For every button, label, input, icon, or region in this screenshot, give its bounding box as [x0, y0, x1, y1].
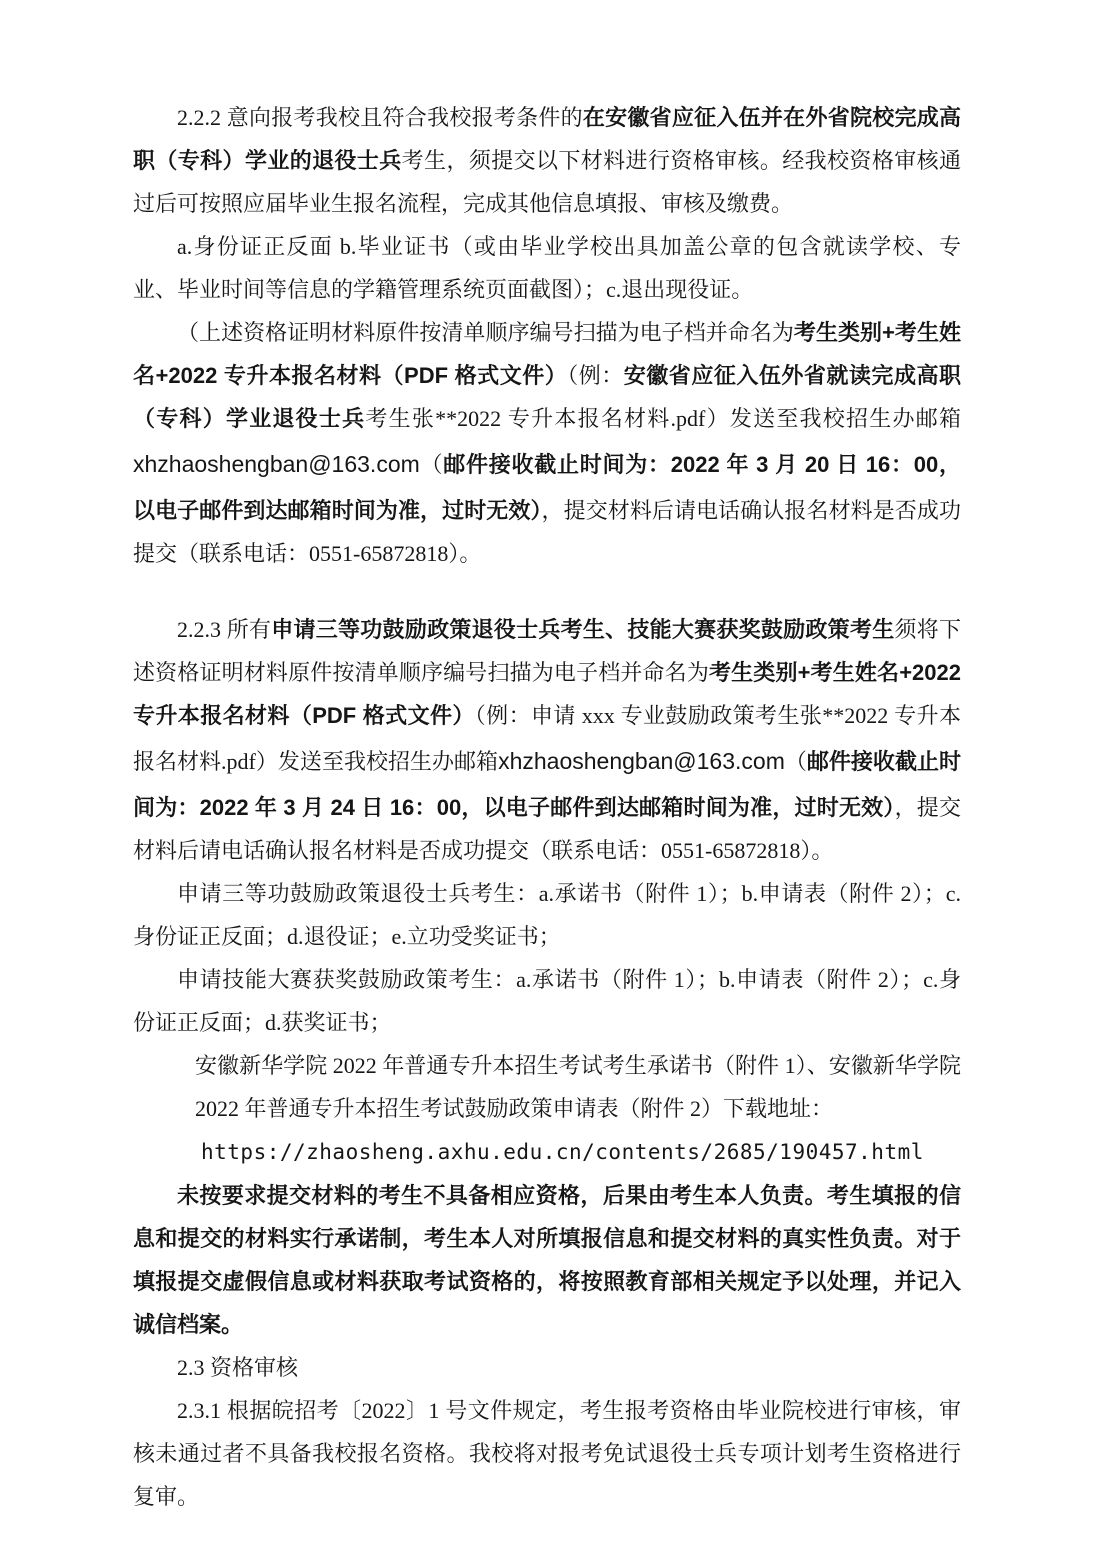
text-run: （上述资格证明材料原件按清单顺序编号扫描为电子档并命名为 — [177, 320, 794, 345]
url-text[interactable]: https://zhaosheng.axhu.edu.cn/contents/2… — [201, 1140, 924, 1164]
para-jineng-materials: 申请技能大赛获奖鼓励政策考生：a.承诺书（附件 1）；b.申请表（附件 2）；c… — [133, 958, 961, 1044]
para-2-3-1: 2.3.1 根据皖招考〔2022〕1 号文件规定，考生报考资格由毕业院校进行审核… — [133, 1389, 961, 1518]
text-run: 安徽新华学院 2022 年普通专升本招生考试考生承诺书（附件 1）、安徽新华学院… — [195, 1053, 961, 1121]
para-download-intro: 安徽新华学院 2022 年普通专升本招生考试考生承诺书（附件 1）、安徽新华学院… — [195, 1044, 961, 1130]
para-download-url: https://zhaosheng.axhu.edu.cn/contents/2… — [201, 1130, 961, 1174]
text-run: 2.3 资格审核 — [177, 1355, 298, 1380]
para-2-2-3: 2.2.3 所有申请三等功鼓励政策退役士兵考生、技能大赛获奖鼓励政策考生须将下述… — [133, 608, 961, 872]
document-body: 2.2.2 意向报考我校且符合我校报考条件的在安徽省应征入伍并在外省院校完成高职… — [133, 96, 961, 1518]
para-materials-list-222: a.身份证正反面 b.毕业证书（或由毕业学校出具加盖公章的包含就读学校、专业、毕… — [133, 225, 961, 311]
para-2-2-2: 2.2.2 意向报考我校且符合我校报考条件的在安徽省应征入伍并在外省院校完成高职… — [133, 96, 961, 225]
text-run: 申请三等功鼓励政策退役士兵考生、技能大赛获奖鼓励政策考生 — [271, 617, 894, 642]
text-run: 2.2.3 所有 — [177, 617, 271, 642]
email-text: xhzhaoshengban@163.com — [498, 748, 785, 774]
email-text: xhzhaoshengban@163.com — [133, 451, 420, 477]
para-sandengong-materials: 申请三等功鼓励政策退役士兵考生：a.承诺书（附件 1）；b.申请表（附件 2）；… — [133, 872, 961, 958]
text-run: a.身份证正反面 b.毕业证书（或由毕业学校出具加盖公章的包含就读学校、专业、毕… — [133, 234, 961, 302]
text-run: 2.2.2 意向报考我校且符合我校报考条件的 — [177, 105, 583, 130]
text-run: （例： — [567, 363, 624, 388]
para-warning: 未按要求提交材料的考生不具备相应资格，后果由考生本人负责。考生填报的信息和提交的… — [133, 1174, 961, 1346]
text-run: 考生张**2022 专升本报名材料.pdf）发送至我校招生办邮箱 — [365, 406, 961, 431]
document-page: 2.2.2 意向报考我校且符合我校报考条件的在安徽省应征入伍并在外省院校完成高职… — [0, 0, 1102, 1559]
text-run: 申请三等功鼓励政策退役士兵考生：a.承诺书（附件 1）；b.申请表（附件 2）；… — [133, 881, 961, 949]
text-run: （ — [420, 452, 444, 477]
blank-line — [133, 575, 961, 608]
text-run: 2.3.1 根据皖招考〔2022〕1 号文件规定，考生报考资格由毕业院校进行审核… — [133, 1398, 961, 1509]
text-run: （ — [785, 749, 807, 774]
para-2-3-heading: 2.3 资格审核 — [133, 1346, 961, 1389]
text-run: 未按要求提交材料的考生不具备相应资格，后果由考生本人负责。考生填报的信息和提交的… — [133, 1183, 961, 1337]
para-scan-naming-222: （上述资格证明材料原件按清单顺序编号扫描为电子档并命名为考生类别+考生姓名+20… — [133, 311, 961, 575]
text-run: 申请技能大赛获奖鼓励政策考生：a.承诺书（附件 1）；b.申请表（附件 2）；c… — [133, 967, 961, 1035]
